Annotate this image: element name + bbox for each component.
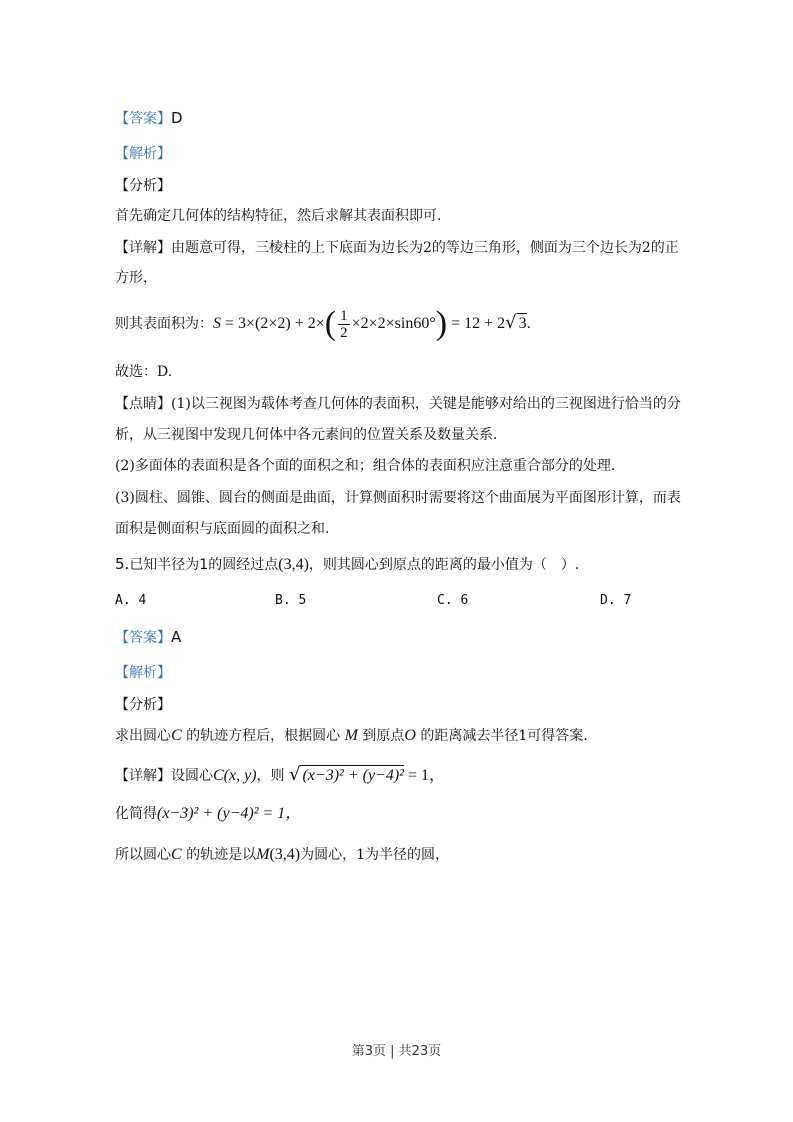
sqrt-value: 3 bbox=[517, 313, 527, 333]
q4-choose: 故选：D. bbox=[115, 362, 172, 382]
q5-analysis-heading: 【解析】 bbox=[115, 663, 171, 683]
q5-fenxi-text: 求出圆心C 的轨迹方程后，根据圆心 M 到原点O 的距离减去半径1可得答案. bbox=[115, 726, 588, 746]
choice-d: D. 7 bbox=[600, 591, 631, 611]
right-paren: ) bbox=[436, 305, 447, 342]
q4-dianjing-line2: 析，从三视图中发现几何体中各元素间的位置关系及数量关系. bbox=[115, 425, 497, 445]
analysis-tag: 【解析】 bbox=[115, 665, 171, 681]
analysis-tag: 【解析】 bbox=[115, 146, 171, 162]
q5-simplify-line: 化简得(x−3)² + (y−4)² = 1， bbox=[115, 804, 301, 824]
q4-detail-line2: 方形， bbox=[115, 268, 157, 288]
q4-dianjing-line4: (3)圆柱、圆锥、圆台的侧面是曲面，计算侧面积时需要将这个曲面展为平面图形计算，… bbox=[115, 488, 681, 508]
sqrt-inner: (x−3)² + (y−4)² bbox=[300, 765, 404, 785]
formula-part1: = 3×(2×2) + 2× bbox=[221, 315, 325, 332]
sqrt-icon: √ bbox=[289, 764, 300, 785]
left-paren: ( bbox=[325, 305, 336, 342]
fenxi-tag: 【分析】 bbox=[115, 697, 171, 713]
q5-question: 5.已知半径为1的圆经过点(3,4)，则其圆心到原点的距离的最小值为（ ）. bbox=[115, 554, 579, 575]
q4-dianjing-line1: 【点睛】(1)以三视图为载体考查几何体的表面积，关键是能够对给出的三视图进行恰当… bbox=[115, 394, 681, 414]
q4-formula: 则其表面积为：S = 3×(2×2) + 2×(12×2×2×sin60°) =… bbox=[115, 306, 531, 341]
q4-fenxi-text: 首先确定几何体的结构特征，然后求解其表面积即可. bbox=[115, 206, 441, 226]
sqrt-icon: √ bbox=[505, 312, 516, 333]
formula-prefix: 则其表面积为： bbox=[115, 316, 213, 332]
formula-S: S bbox=[213, 315, 221, 332]
choice-a: A. 4 bbox=[115, 591, 146, 611]
q5-fenxi-heading: 【分析】 bbox=[115, 695, 171, 715]
q4-dianjing-line3: (2)多面体的表面积是各个面的面积之和；组合体的表面积应注意重合部分的处理. bbox=[115, 456, 615, 476]
formula-part2: ×2×2×sin60° bbox=[352, 315, 436, 332]
formula-result: = 12 + 2 bbox=[447, 315, 505, 332]
answer-value: D bbox=[171, 109, 183, 127]
q4-detail-line1: 【详解】由题意可得，三棱柱的上下底面为边长为2的等边三角形，侧面为三个边长为2的… bbox=[115, 238, 679, 258]
question-point: (3,4) bbox=[278, 556, 309, 573]
choice-c: C. 6 bbox=[437, 591, 468, 611]
answer-tag: 【答案】 bbox=[115, 111, 171, 127]
detail-tag: 【详解】 bbox=[115, 240, 171, 256]
dianjing-tag: 【点睛】 bbox=[115, 396, 171, 412]
detail-tag: 【详解】 bbox=[115, 768, 171, 784]
q4-fenxi-heading: 【分析】 bbox=[115, 176, 171, 196]
fraction: 12 bbox=[338, 308, 350, 341]
fenxi-tag: 【分析】 bbox=[115, 178, 171, 194]
choice-b: B. 5 bbox=[275, 591, 306, 611]
question-number: 5. bbox=[115, 555, 129, 573]
answer-tag: 【答案】 bbox=[115, 630, 171, 646]
q5-detail-line: 【详解】设圆心C(x, y)，则 √(x−3)² + (y−4)² = 1， bbox=[115, 762, 445, 789]
detail-text: 由题意可得，三棱柱的上下底面为边长为2的等边三角形，侧面为三个边长为2的正 bbox=[171, 240, 679, 256]
q4-analysis-heading: 【解析】 bbox=[115, 144, 171, 164]
page-footer: 第3页 | 共23页 bbox=[0, 1040, 793, 1059]
q4-dianjing-line5: 面积是侧面积与底面圆的面积之和. bbox=[115, 519, 329, 539]
q5-conclusion-line: 所以圆心C 的轨迹是以M(3,4)为圆心，1为半径的圆， bbox=[115, 845, 449, 865]
q4-answer-line: 【答案】D bbox=[115, 108, 183, 129]
q5-answer-line: 【答案】A bbox=[115, 627, 181, 648]
answer-value: A bbox=[171, 628, 181, 646]
